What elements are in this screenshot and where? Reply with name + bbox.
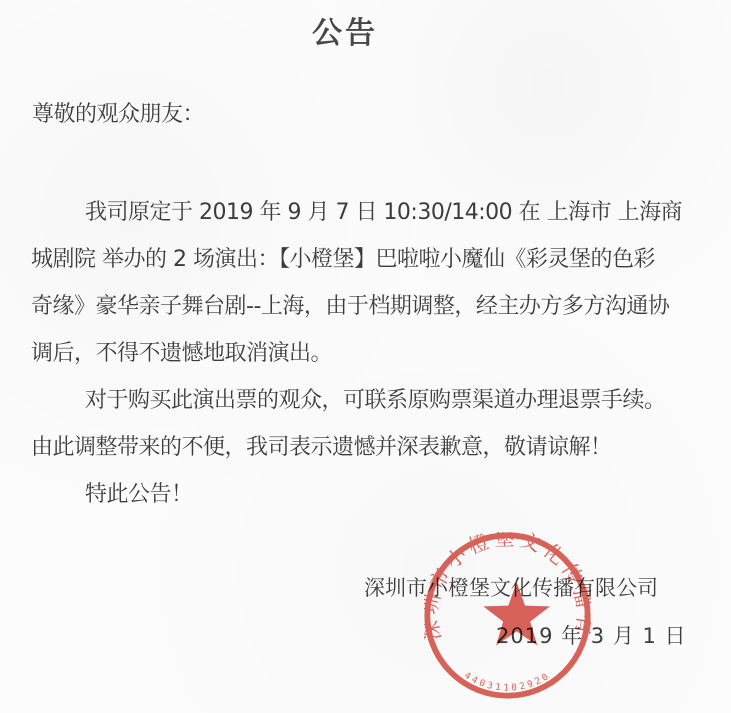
body-line: 对于购买此演出票的观众，可联系原购票渠道办理退票手续。 <box>85 383 666 414</box>
seal-serial-number: 4403110292046 <box>424 532 553 694</box>
salutation-text: 尊敬的观众朋友： <box>32 97 204 128</box>
seal-ring <box>427 535 587 695</box>
signature-date: 2019 年 3 月 1 日 <box>496 620 687 650</box>
page-title: 公告 <box>0 8 690 52</box>
company-seal-graphic: 深圳市小橙堡文化传播有限公司 4403110292046 <box>424 532 591 699</box>
body-line: 由此调整带来的不便，我司表示遗憾并深表歉意，敬请谅解！ <box>31 430 612 461</box>
closing-line: 特此公告！ <box>85 477 193 508</box>
seal-ink-group: 深圳市小橙堡文化传播有限公司 4403110292046 <box>424 532 591 696</box>
body-line: 我司原定于 2019 年 9 月 7 日 10:30/14:00 在 上海市 上… <box>85 195 682 226</box>
company-seal-stamp: 深圳市小橙堡文化传播有限公司 4403110292046 <box>424 532 591 699</box>
body-line: 调后，不得不遗憾地取消演出。 <box>31 336 332 367</box>
signature-company-name: 深圳市小橙堡文化传播有限公司 <box>364 572 658 602</box>
announcement-document: 公告 尊敬的观众朋友： 我司原定于 2019 年 9 月 7 日 10:30/1… <box>0 0 731 713</box>
body-line: 奇缘》豪华亲子舞台剧--上海，由于档期调整，经主办方多方沟通协 <box>31 289 669 320</box>
body-line: 城剧院 举办的 2 场演出：【小橙堡】巴啦啦小魔仙《彩灵堡的色彩 <box>31 242 655 273</box>
